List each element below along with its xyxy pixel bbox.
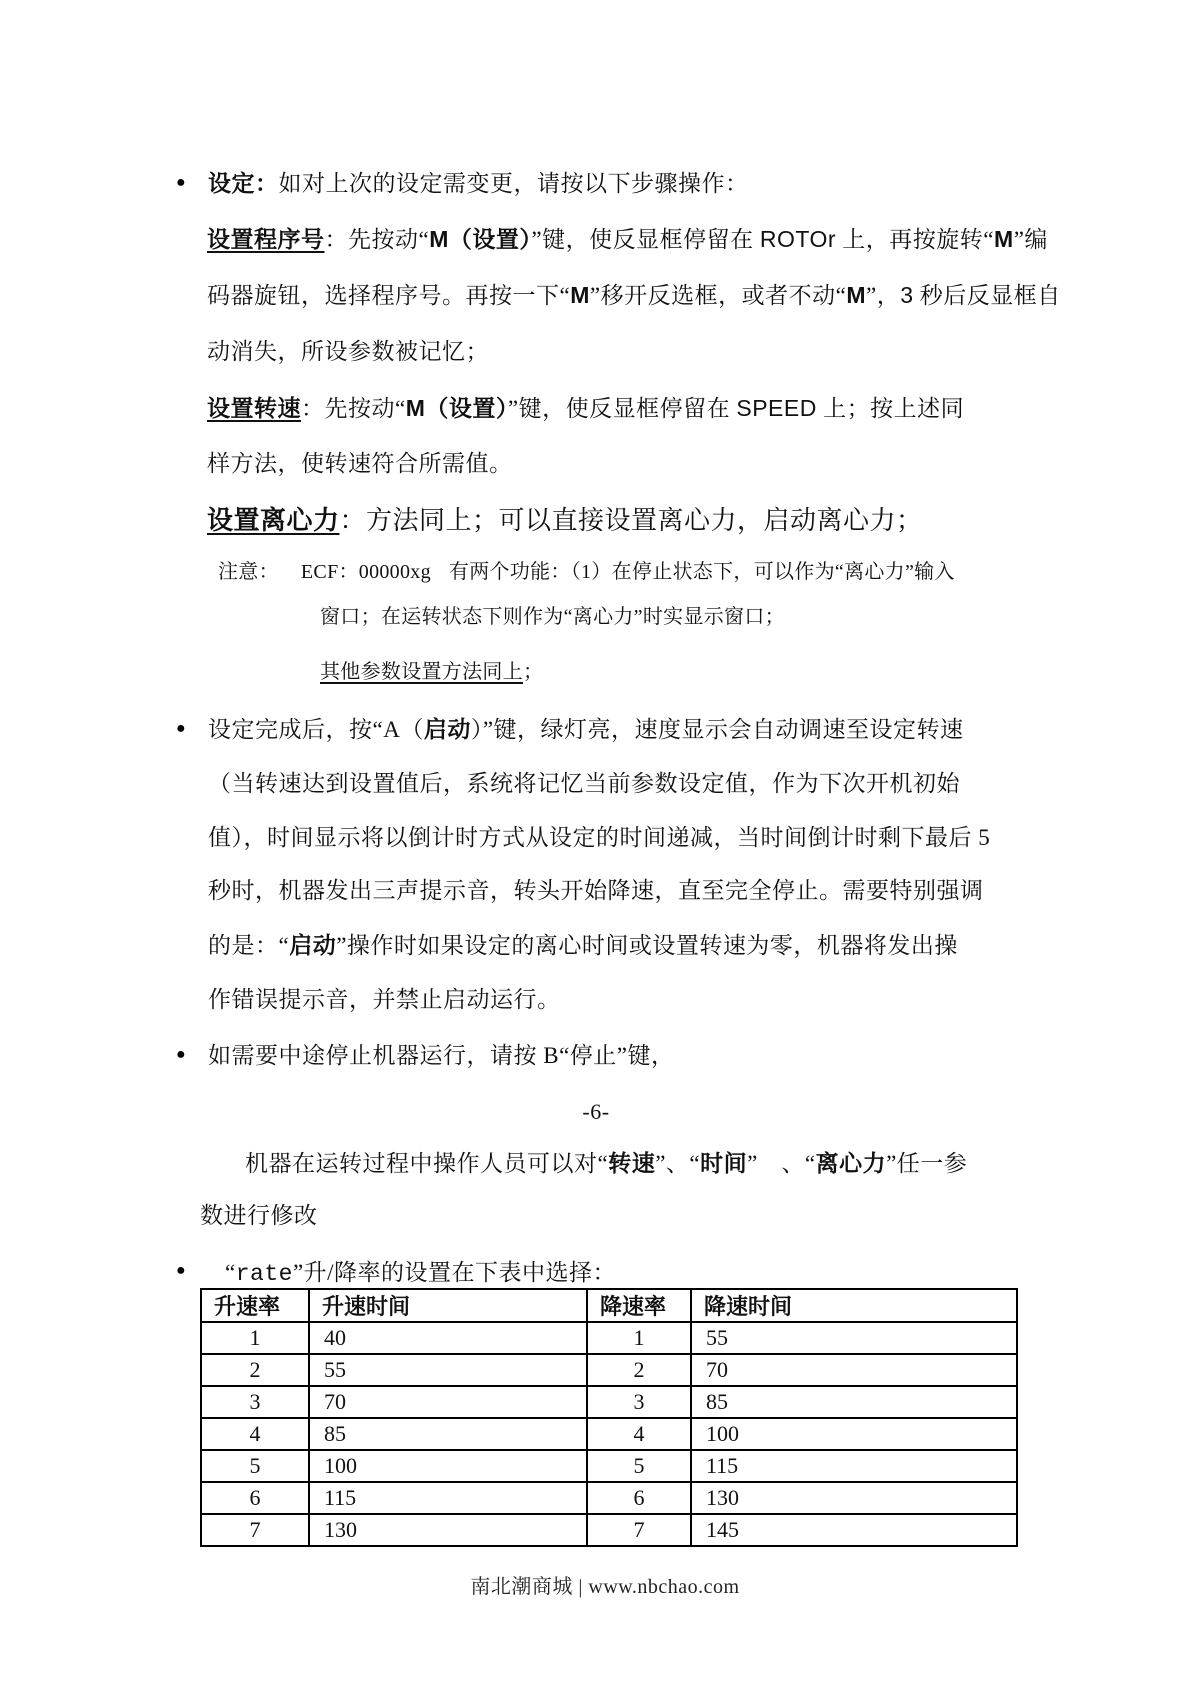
table-cell: 4 [587,1418,691,1450]
table-row: 5 100 5 115 [201,1450,1017,1482]
table-cell: 2 [201,1354,309,1386]
line-set-speed-2: 样方法，使转速符合所需值。 [207,450,513,479]
line-set-program-2: 码器旋钮，选择程序号。再按一下“M”移开反选框，或者不动“M”，3 秒后反显框自 [207,281,1061,311]
time-param-label: 时间 [700,1151,747,1176]
col-header-down-rate: 降速率 [587,1289,691,1322]
setting-label: 设定： [208,171,279,196]
table-cell: 55 [691,1322,1017,1354]
start-label: 启动 [424,717,471,742]
line-start-5: 的是：“启动”操作时如果设定的离心时间或设置转速为零，机器将发出操 [208,932,958,961]
table-cell: 5 [587,1450,691,1482]
document-page: ● ● ● ● 设定：如对上次的设定需变更，请按以下步骤操作： 设置程序号：先按… [0,0,1200,1697]
table-row: 4 85 4 100 [201,1418,1017,1450]
line-setting-intro: 设定：如对上次的设定需变更，请按以下步骤操作： [208,170,749,199]
rate-table: 升速率 升速时间 降速率 降速时间 1 40 1 55 2 55 2 70 3 … [200,1288,1018,1547]
table-cell: 2 [587,1354,691,1386]
line-rate-intro: “rate”升/降率的设置在下表中选择： [225,1259,616,1289]
table-cell: 130 [309,1514,587,1546]
col-header-down-time: 降速时间 [691,1289,1017,1322]
table-cell: 70 [691,1354,1017,1386]
site-watermark: 南北潮商城 | www.nbchao.com [0,1570,1200,1599]
line-modify-1: 机器在运转过程中操作人员可以对“转速”、“时间” 、“离心力”任一参 [245,1150,967,1179]
bullet-icon: ● [176,1046,186,1064]
rate-keyword: rate [236,1261,293,1287]
table-row: 6 115 6 130 [201,1482,1017,1514]
table-cell: 145 [691,1514,1017,1546]
table-cell: 7 [587,1514,691,1546]
line-set-program-1: 设置程序号：先按动“M（设置）”键，使反显框停留在 ROTOr 上，再按旋转“M… [207,225,1048,255]
line-modify-2: 数进行修改 [200,1202,318,1231]
table-cell: 40 [309,1322,587,1354]
line-set-force: 设置离心力：方法同上；可以直接设置离心力，启动离心力； [207,505,923,538]
table-cell: 115 [691,1450,1017,1482]
table-cell: 1 [201,1322,309,1354]
table-cell: 6 [201,1482,309,1514]
table-row: 1 40 1 55 [201,1322,1017,1354]
col-header-up-rate: 升速率 [201,1289,309,1322]
table-cell: 55 [309,1354,587,1386]
table-cell: 70 [309,1386,587,1418]
table-cell: 115 [309,1482,587,1514]
set-program-heading: 设置程序号 [207,227,325,252]
table-cell: 3 [201,1386,309,1418]
set-speed-heading: 设置转速 [207,396,301,421]
table-cell: 130 [691,1482,1017,1514]
line-start-1: 设定完成后，按“A（启动）”键，绿灯亮，速度显示会自动调速至设定转速 [208,716,964,745]
line-start-2: （当转速达到设置值后，系统将记忆当前参数设定值，作为下次开机初始 [208,770,960,799]
table-cell: 5 [201,1450,309,1482]
table-cell: 4 [201,1418,309,1450]
line-set-program-3: 动消失，所设参数被记忆； [207,338,489,367]
bullet-icon: ● [176,720,186,738]
line-start-6: 作错误提示音，并禁止启动运行。 [208,986,561,1015]
table-row: 7 130 7 145 [201,1514,1017,1546]
line-stop: 如需要中途停止机器运行，请按 B“停止”键， [208,1042,675,1071]
start-label: 启动 [289,933,336,958]
bullet-icon: ● [176,1262,186,1280]
table-cell: 85 [309,1418,587,1450]
table-cell: 100 [691,1418,1017,1450]
table-cell: 85 [691,1386,1017,1418]
note-label: 注意： [218,561,279,583]
table-cell: 7 [201,1514,309,1546]
table-cell: 100 [309,1450,587,1482]
table-cell: 3 [587,1386,691,1418]
bullet-icon: ● [176,174,186,192]
set-force-heading: 设置离心力 [207,506,340,535]
page-number: -6- [0,1098,1192,1126]
force-param-label: 离心力 [816,1151,887,1176]
line-note-2: 窗口；在运转状态下则作为“离心力”时实显示窗口； [320,605,785,630]
rate-table-header-row: 升速率 升速时间 降速率 降速时间 [201,1289,1017,1322]
line-note-3: 其他参数设置方法同上； [320,660,543,685]
table-cell: 6 [587,1482,691,1514]
line-set-speed-1: 设置转速：先按动“M（设置）”键，使反显框停留在 SPEED 上；按上述同 [207,394,964,424]
table-row: 3 70 3 85 [201,1386,1017,1418]
table-row: 2 55 2 70 [201,1354,1017,1386]
speed-param-label: 转速 [608,1151,655,1176]
line-start-4: 秒时，机器发出三声提示音，转头开始降速，直至完全停止。需要特别强调 [208,877,984,906]
col-header-up-time: 升速时间 [309,1289,587,1322]
line-note-1: 注意：ECF：00000xg有两个功能：（1）在停止状态下，可以作为“离心力”输… [218,560,955,585]
table-cell: 1 [587,1322,691,1354]
line-start-3: 值），时间显示将以倒计时方式从设定的时间递减，当时间倒计时剩下最后 5 [208,824,990,853]
